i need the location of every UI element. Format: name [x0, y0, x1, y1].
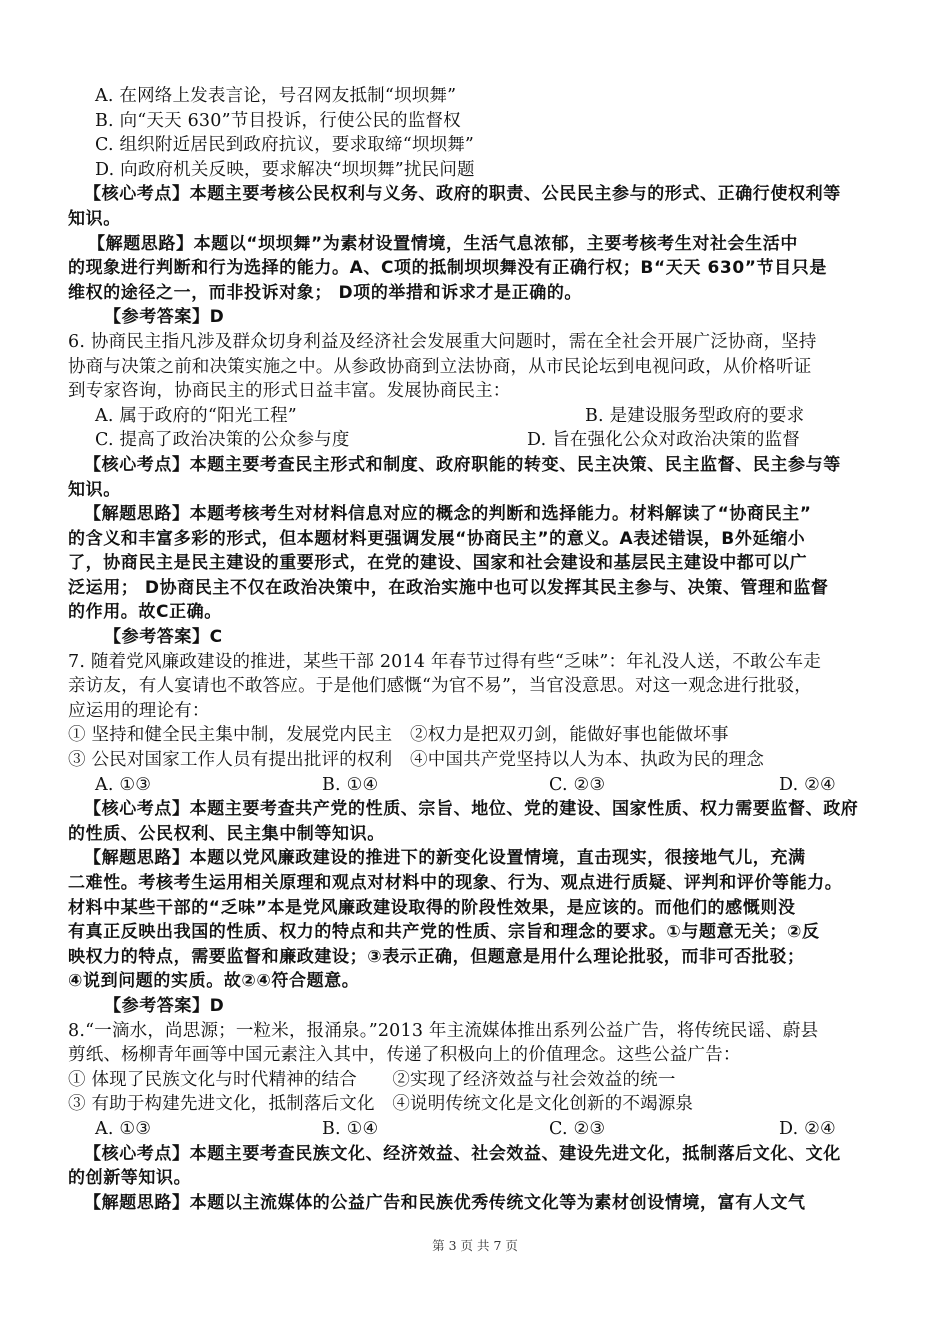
- q7-analysis-line: 有真正反映出我国的性质、权力的特点和共产党的性质、宗旨和理念的要求。①与题意无关…: [68, 920, 888, 945]
- q6-option-b: B. 是建设服务型政府的要求: [585, 404, 804, 429]
- q8-stem-line: 8.“一滴水，尚思源；一粒米，报涌泉。”2013 年主流媒体推出系列公益广告，将…: [68, 1019, 888, 1044]
- q8-item-line: ① 体现了民族文化与时代精神的结合 ②实现了经济效益与社会效益的统一: [68, 1068, 888, 1093]
- q7-analysis-line: 二难性。考核考生运用相关原理和观点对材料中的现象、行为、观点进行质疑、评判和评价…: [68, 871, 888, 896]
- q6-option-c: C. 提高了政治决策的公众参与度: [95, 428, 527, 453]
- q7-option-c: C. ②③: [549, 773, 779, 798]
- q8-option-c: C. ②③: [549, 1117, 779, 1142]
- q8-core-line: 的创新等知识。: [68, 1166, 888, 1191]
- q6-option-d: D. 旨在强化公众对政治决策的监督: [527, 428, 800, 453]
- q5-analysis-line: 维权的途径之一，而非投诉对象； D项的举措和诉求才是正确的。: [68, 281, 888, 306]
- q8-stem-line: 剪纸、杨柳青年画等中国元素注入其中，传递了积极向上的价值理念。这些公益广告：: [68, 1043, 888, 1068]
- q5-analysis-line: 的现象进行判断和行为选择的能力。A、C项的抵制坝坝舞没有正确行权；B“天天 63…: [68, 256, 888, 281]
- q6-core-line: 知识。: [68, 478, 888, 503]
- q7-core-line: 的性质、公民权利、民主集中制等知识。: [68, 822, 888, 847]
- q8-options-row: A. ①③ B. ①④ C. ②③ D. ②④: [68, 1117, 888, 1142]
- q6-stem-line: 6. 协商民主指凡涉及群众切身利益及经济社会发展重大问题时，需在全社会开展广泛协…: [68, 330, 888, 355]
- q6-answer: 【参考答案】C: [68, 625, 888, 650]
- q7-item-line: ① 坚持和健全民主集中制，发展党内民主 ②权力是把双刃剑，能做好事也能做坏事: [68, 723, 888, 748]
- q5-answer: 【参考答案】D: [68, 305, 888, 330]
- q6-core-line: 【核心考点】本题主要考查民主形式和制度、政府职能的转变、民主决策、民主监督、民主…: [68, 453, 888, 478]
- q7-analysis-line: 材料中某些干部的“乏味”本是党风廉政建设取得的阶段性效果，是应该的。而他们的感慨…: [68, 896, 888, 921]
- q7-analysis-line: 映权力的特点，需要监督和廉政建设；③表示正确，但题意是用什么理论批驳，而非可否批…: [68, 945, 888, 970]
- q6-stem-line: 到专家咨询，协商民主的形式日益丰富。发展协商民主：: [68, 379, 888, 404]
- q8-item-line: ③ 有助于构建先进文化，抵制落后文化 ④说明传统文化是文化创新的不竭源泉: [68, 1092, 888, 1117]
- q5-option-d: D. 向政府机关反映，要求解决“坝坝舞”扰民问题: [68, 158, 888, 183]
- q7-core-line: 【核心考点】本题主要考查共产党的性质、宗旨、地位、党的建设、国家性质、权力需要监…: [68, 797, 888, 822]
- q6-stem-line: 协商与决策之前和决策实施之中。从参政协商到立法协商，从市民论坛到电视问政，从价格…: [68, 355, 888, 380]
- page-number: 第 3 页 共 7 页: [0, 1236, 950, 1254]
- q8-option-b: B. ①④: [322, 1117, 549, 1142]
- q7-analysis-line: ④说到问题的实质。故②④符合题意。: [68, 969, 888, 994]
- q5-option-a: A. 在网络上发表言论，号召网友抵制“坝坝舞”: [68, 84, 888, 109]
- q7-stem-line: 7. 随着党风廉政建设的推进，某些干部 2014 年春节过得有些“乏味”：年礼没…: [68, 650, 888, 675]
- q6-analysis-line: 了，协商民主是民主建设的重要形式，在党的建设、国家和社会建设和基层民主建设中都可…: [68, 551, 888, 576]
- q7-option-d: D. ②④: [779, 773, 836, 798]
- document-page: A. 在网络上发表言论，号召网友抵制“坝坝舞” B. 向“天天 630”节目投诉…: [68, 84, 888, 1215]
- q5-core-line: 【核心考点】本题主要考核公民权利与义务、政府的职责、公民民主参与的形式、正确行使…: [68, 182, 888, 207]
- q5-option-b: B. 向“天天 630”节目投诉，行使公民的监督权: [68, 109, 888, 134]
- q7-option-a: A. ①③: [95, 773, 322, 798]
- q8-analysis-line: 【解题思路】本题以主流媒体的公益广告和民族优秀传统文化等为素材创设情境，富有人文…: [68, 1191, 888, 1216]
- q7-item-line: ③ 公民对国家工作人员有提出批评的权利 ④中国共产党坚持以人为本、执政为民的理念: [68, 748, 888, 773]
- q5-option-c: C. 组织附近居民到政府抗议，要求取缔“坝坝舞”: [68, 133, 888, 158]
- q7-stem-line: 亲访友，有人宴请也不敢答应。于是他们感慨“为官不易”，当官没意思。对这一观念进行…: [68, 674, 888, 699]
- q7-option-b: B. ①④: [322, 773, 549, 798]
- q8-core-line: 【核心考点】本题主要考查民族文化、经济效益、社会效益、建设先进文化，抵制落后文化…: [68, 1142, 888, 1167]
- q7-stem-line: 应运用的理论有：: [68, 699, 888, 724]
- q6-analysis-line: 的含义和丰富多彩的形式，但本题材料更强调发展“协商民主”的意义。A表述错误，B外…: [68, 527, 888, 552]
- q5-core-line: 知识。: [68, 207, 888, 232]
- q8-option-d: D. ②④: [779, 1117, 836, 1142]
- q6-analysis-line: 的作用。故C正确。: [68, 600, 888, 625]
- q5-analysis-line: 【解题思路】本题以“坝坝舞”为素材设置情境，生活气息浓郁，主要考核考生对社会生活…: [68, 232, 888, 257]
- q6-option-a: A. 属于政府的“阳光工程”: [95, 404, 585, 429]
- q7-options-row: A. ①③ B. ①④ C. ②③ D. ②④: [68, 773, 888, 798]
- q6-analysis-line: 【解题思路】本题考核考生对材料信息对应的概念的判断和选择能力。材料解读了“协商民…: [68, 502, 888, 527]
- q7-answer: 【参考答案】D: [68, 994, 888, 1019]
- q8-option-a: A. ①③: [95, 1117, 322, 1142]
- q6-options-row-1: A. 属于政府的“阳光工程” B. 是建设服务型政府的要求: [68, 404, 888, 429]
- q6-analysis-line: 泛运用； D协商民主不仅在政治决策中，在政治实施中也可以发挥其民主参与、决策、管…: [68, 576, 888, 601]
- q6-options-row-2: C. 提高了政治决策的公众参与度 D. 旨在强化公众对政治决策的监督: [68, 428, 888, 453]
- q7-analysis-line: 【解题思路】本题以党风廉政建设的推进下的新变化设置情境，直击现实，很接地气儿，充…: [68, 846, 888, 871]
